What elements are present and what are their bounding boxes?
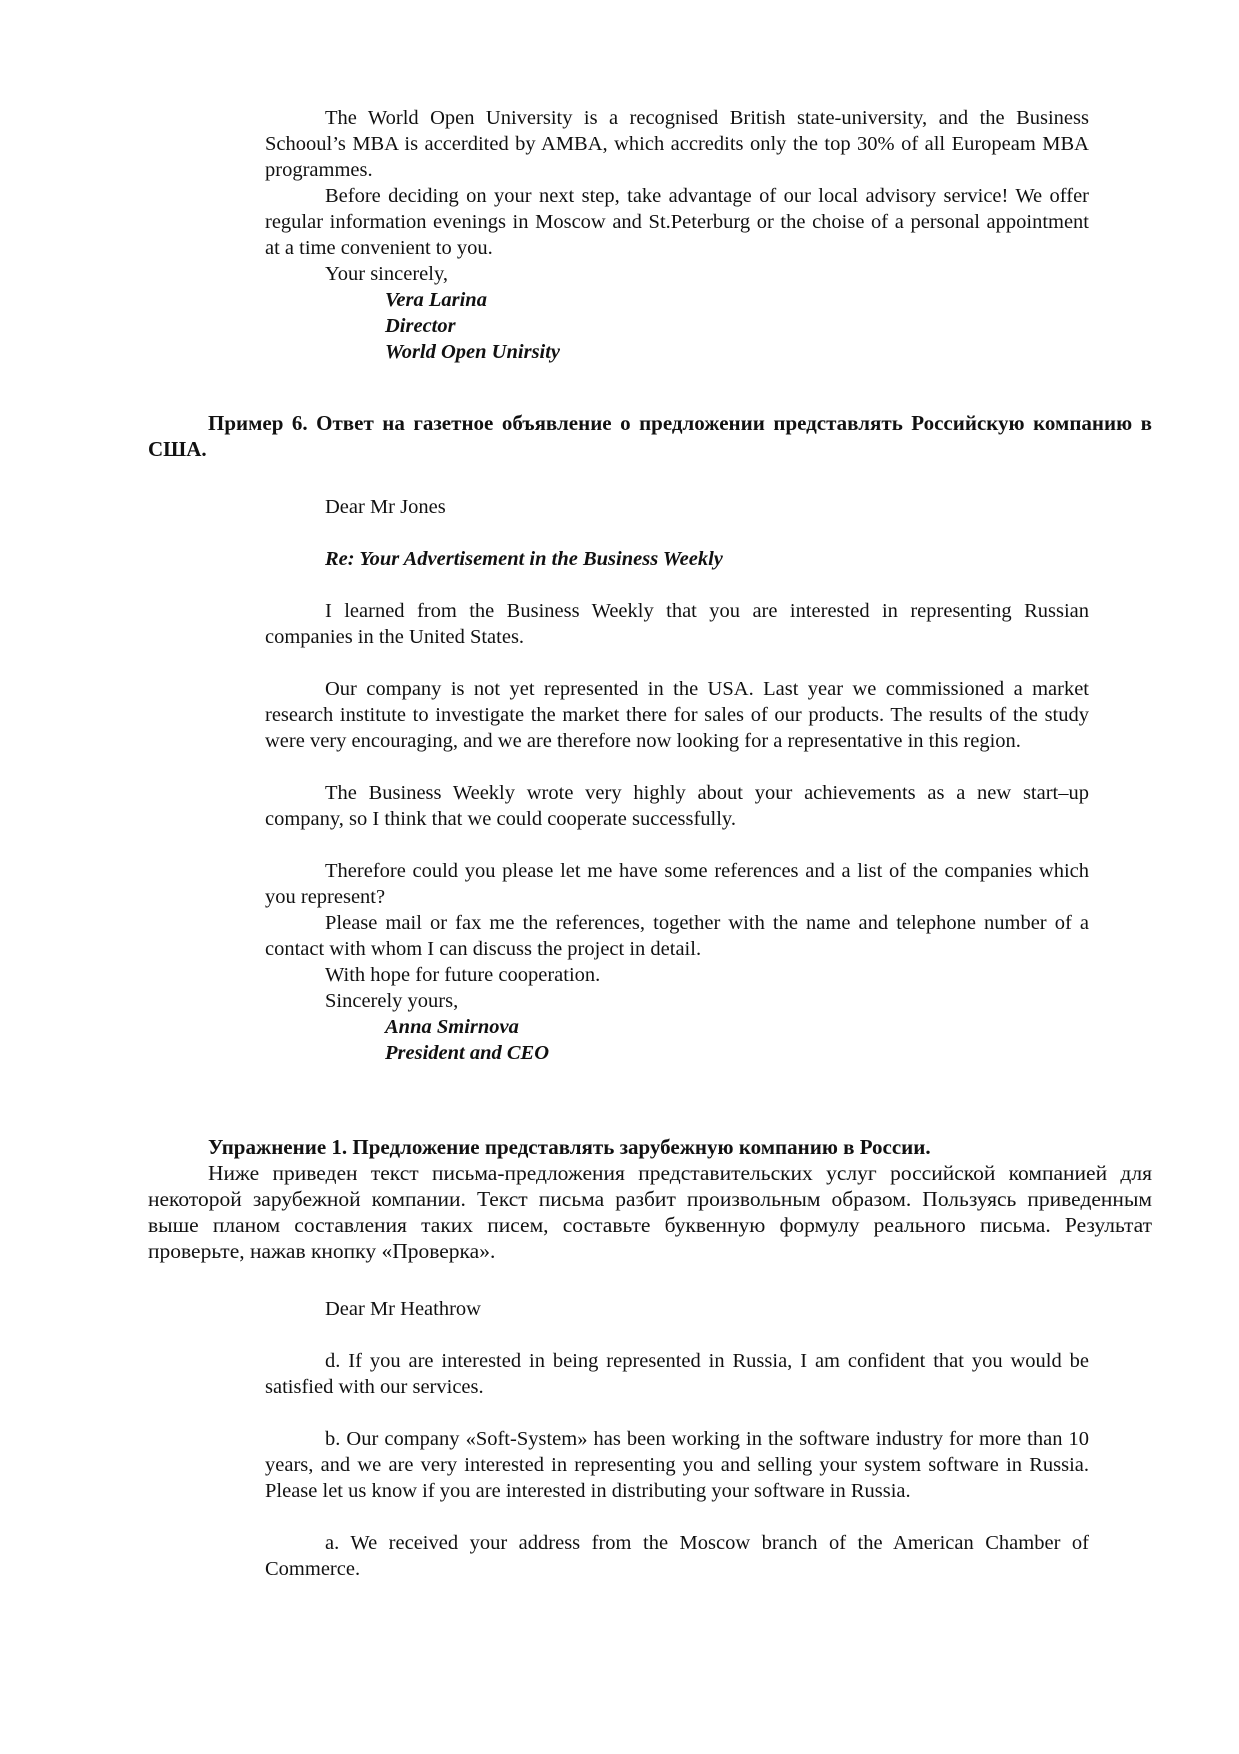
signature-title: Director bbox=[265, 313, 1089, 339]
letter-paragraph-a: a. We received your address from the Mos… bbox=[265, 1530, 1089, 1582]
letter-paragraph: The Business Weekly wrote very highly ab… bbox=[265, 780, 1089, 832]
letter-paragraph: Before deciding on your next step, take … bbox=[265, 183, 1089, 261]
exercise-1-section: Упражнение 1. Предложение представлять з… bbox=[148, 1134, 1152, 1264]
letter-salutation: Dear Mr Jones bbox=[265, 494, 1089, 520]
letter-paragraph: Our company is not yet represented in th… bbox=[265, 676, 1089, 754]
signature-name: Vera Larina bbox=[265, 287, 1089, 313]
letter-reply-advertisement: Dear Mr Jones Re: Your Advertisement in … bbox=[265, 494, 1089, 1066]
signature-organization: World Open Unirsity bbox=[265, 339, 1089, 365]
signature-title: President and CEO bbox=[265, 1040, 1089, 1066]
letter-paragraph: I learned from the Business Weekly that … bbox=[265, 598, 1089, 650]
letter-subject: Re: Your Advertisement in the Business W… bbox=[265, 546, 1089, 572]
letter-paragraph: The World Open University is a recognise… bbox=[265, 105, 1089, 183]
letter-paragraph: Therefore could you please let me have s… bbox=[265, 858, 1089, 910]
signature-name: Anna Smirnova bbox=[265, 1014, 1089, 1040]
letter-closing: Sincerely yours, bbox=[265, 988, 1089, 1014]
letter-paragraph: Please mail or fax me the references, to… bbox=[265, 910, 1089, 962]
example-6-section: Пример 6. Ответ на газетное объявление о… bbox=[148, 410, 1152, 462]
letter-paragraph-b: b. Our company «Soft-System» has been wo… bbox=[265, 1426, 1089, 1504]
document-page: The World Open University is a recognise… bbox=[0, 0, 1239, 1754]
exercise-instructions: Ниже приведен текст письма-предложения п… bbox=[148, 1160, 1152, 1264]
section-heading: Упражнение 1. Предложение представлять з… bbox=[148, 1134, 1152, 1160]
letter-paragraph-d: d. If you are interested in being repres… bbox=[265, 1348, 1089, 1400]
letter-salutation: Dear Mr Heathrow bbox=[265, 1296, 1089, 1322]
exercise-letter: Dear Mr Heathrow d. If you are intereste… bbox=[265, 1296, 1089, 1582]
letter-closing: Your sincerely, bbox=[265, 261, 1089, 287]
letter-closing: With hope for future cooperation. bbox=[265, 962, 1089, 988]
section-heading: Пример 6. Ответ на газетное объявление о… bbox=[148, 410, 1152, 462]
letter-world-open-university: The World Open University is a recognise… bbox=[265, 105, 1089, 365]
